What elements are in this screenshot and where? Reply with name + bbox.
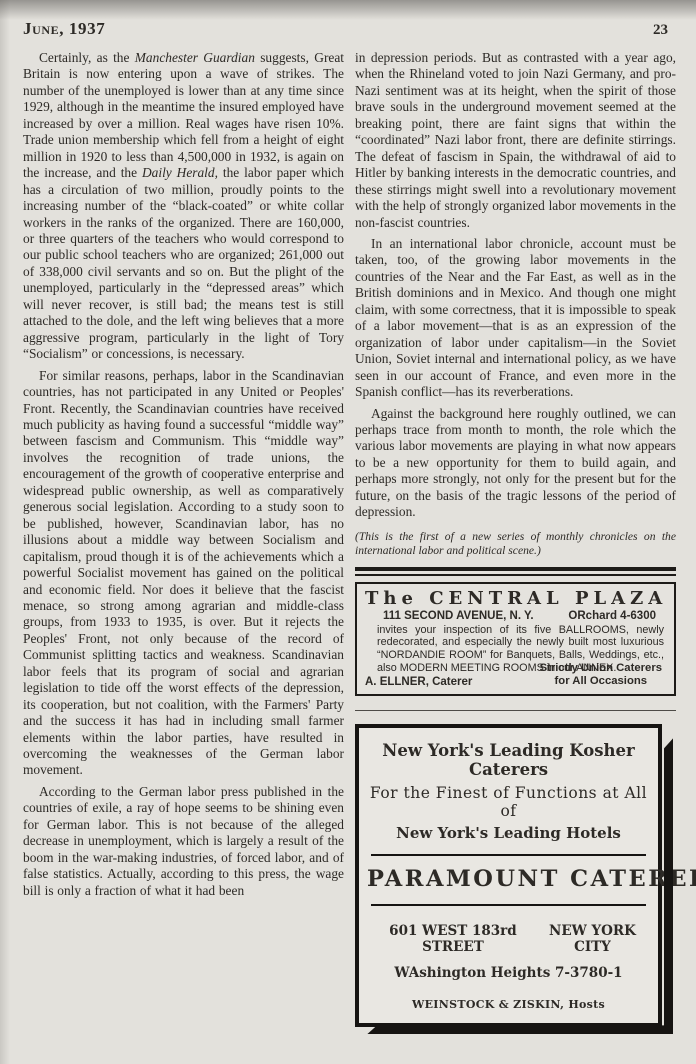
ad-top-rule-thick: [355, 567, 676, 571]
central-plaza-address: 111 SECOND AVENUE, N. Y.: [383, 610, 534, 622]
paramount-headline-2: For the Finest of Functions at All of: [367, 784, 650, 820]
paramount-city: NEW YORK CITY: [537, 923, 648, 955]
article-columns: Certainly, as the Manchester Guardian su…: [0, 39, 696, 1027]
paramount-rule-top: [371, 854, 646, 856]
paramount-headline-3: New York's Leading Hotels: [367, 824, 650, 842]
right-column: in depression periods. But as contrasted…: [355, 50, 676, 1027]
central-plaza-phone: ORchard 4-6300: [568, 610, 656, 622]
paragraph-text: the labor paper which has a circulation …: [23, 165, 344, 361]
left-column: Certainly, as the Manchester Guardian su…: [23, 50, 344, 1027]
paramount-hosts: WEINSTOCK & ZISKIN, Hosts: [367, 998, 650, 1011]
paramount-name: PARAMOUNT CATERERS: [367, 866, 650, 892]
paramount-street: 601 WEST 183rd STREET: [369, 923, 537, 955]
page-header: June, 1937 23: [0, 0, 696, 39]
italic-publication-name: Manchester Guardian: [135, 50, 255, 65]
central-plaza-ad: The CENTRAL PLAZA 111 SECOND AVENUE, N. …: [355, 582, 676, 696]
article-paragraph: Against the background here roughly outl…: [355, 406, 676, 521]
ad-separator-rule: [355, 710, 676, 712]
article-paragraph: Certainly, as the Manchester Guardian su…: [23, 50, 344, 363]
page-number: 23: [653, 22, 668, 39]
italic-publication-name: Daily Herald,: [142, 165, 218, 180]
article-paragraph: According to the German labor press publ…: [23, 784, 344, 899]
article-paragraph-continued: in depression periods. But as contrasted…: [355, 50, 676, 231]
paramount-address-row: 601 WEST 183rd STREET NEW YORK CITY: [367, 923, 650, 955]
paramount-headline-1: New York's Leading Kosher Caterers: [367, 741, 650, 779]
central-plaza-address-row: 111 SECOND AVENUE, N. Y. ORchard 4-6300: [365, 609, 666, 622]
central-plaza-title: The CENTRAL PLAZA: [365, 588, 666, 609]
union-note-line1: Strictly Union Caterers: [540, 662, 662, 675]
article-paragraph: For similar reasons, perhaps, labor in t…: [23, 368, 344, 779]
issue-date: June, 1937: [23, 19, 105, 39]
article-paragraph: In an international labor chronicle, acc…: [355, 236, 676, 401]
paragraph-text: suggests, Great Britain is now entering …: [23, 50, 344, 180]
magazine-page: { "page": { "paper_color": "#e3e1dc", "i…: [0, 0, 696, 1064]
paramount-phone: WAshington Heights 7-3780-1: [367, 965, 650, 981]
paragraph-text: Certainly, as the: [39, 50, 135, 65]
central-plaza-union-note: Strictly Union Caterers for All Occasion…: [540, 662, 662, 688]
union-note-line2: for All Occasions: [540, 675, 662, 688]
paramount-rule-bottom: [371, 904, 646, 906]
paramount-caterers-ad: New York's Leading Kosher Caterers For t…: [355, 724, 662, 1027]
ad-top-rule-thin: [355, 574, 676, 576]
editor-footnote: (This is the first of a new series of mo…: [355, 530, 676, 558]
